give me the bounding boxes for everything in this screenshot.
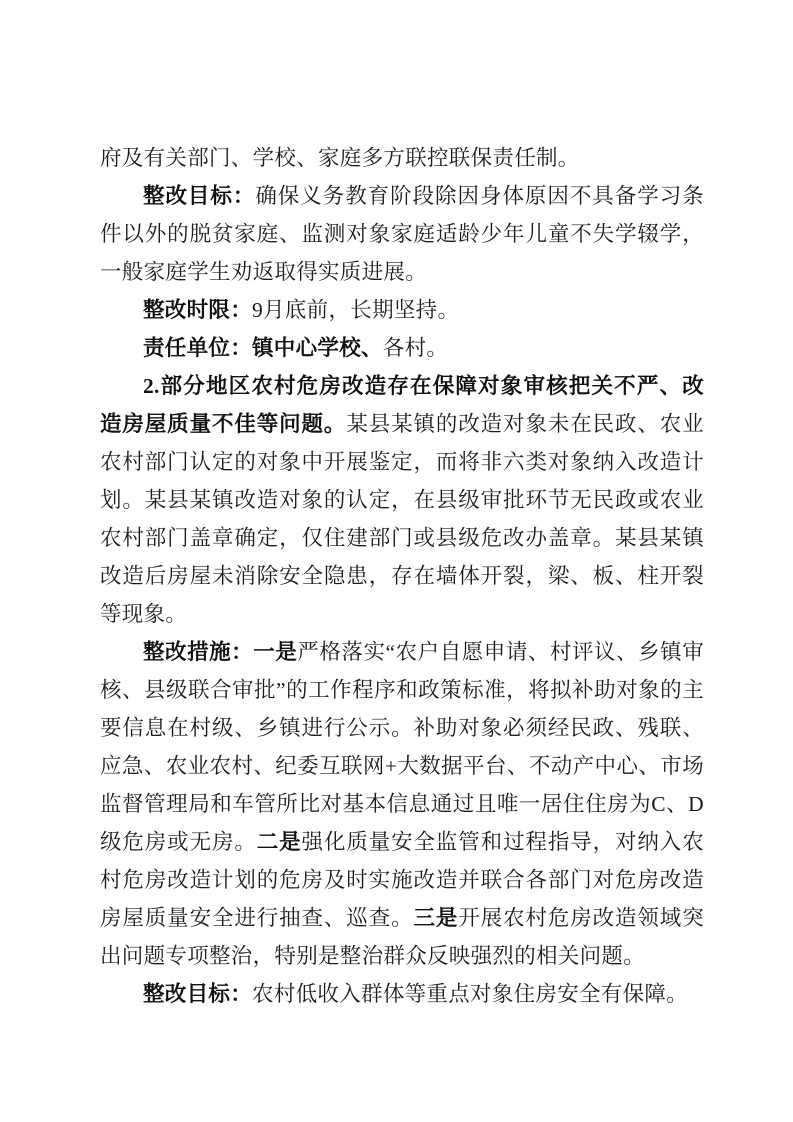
text-run: 严格落实“农户自愿申请、村评议、乡镇审核、县级联合审批”的工作程序和政策标准，将… [100, 640, 704, 854]
paragraph: 责任单位：镇中心学校、各村。 [100, 329, 704, 367]
bold-run: 整改时限： [143, 298, 252, 322]
text-run: 府及有关部门、学校、家庭多方联控联保责任制。 [100, 146, 580, 170]
bold-run: 二是 [257, 830, 302, 854]
paragraph: 整改目标：农村低收入群体等重点对象住房安全有保障。 [100, 975, 704, 1013]
paragraph: 2.部分地区农村危房改造存在保障对象审核把关不严、改造房屋质量不佳等问题。某县某… [100, 367, 704, 633]
text-run: 农村低收入群体等重点对象住房安全有保障。 [252, 982, 688, 1006]
text-run: 某县某镇的改造对象未在民政、农业农村部门认定的对象中开展鉴定，而将非六类对象纳入… [100, 412, 704, 626]
bold-run: 整改目标： [143, 982, 252, 1006]
paragraph: 整改措施：一是严格落实“农户自愿申请、村评议、乡镇审核、县级联合审批”的工作程序… [100, 633, 704, 975]
text-run: 各村。 [383, 336, 448, 360]
text-run: 9月底前，长期坚持。 [252, 298, 459, 322]
document-body: 府及有关部门、学校、家庭多方联控联保责任制。 整改目标：确保义务教育阶段除因身体… [100, 139, 704, 1013]
bold-run: 责任单位：镇中心学校、 [143, 336, 383, 360]
paragraph: 整改目标：确保义务教育阶段除因身体原因不具备学习条件以外的脱贫家庭、监测对象家庭… [100, 177, 704, 291]
bold-run: 三是 [413, 906, 458, 930]
paragraph: 整改时限：9月底前，长期坚持。 [100, 291, 704, 329]
bold-run: 整改目标： [143, 184, 255, 208]
paragraph: 府及有关部门、学校、家庭多方联控联保责任制。 [100, 139, 704, 177]
bold-run: 整改措施：一是 [143, 640, 297, 664]
document-page: 府及有关部门、学校、家庭多方联控联保责任制。 整改目标：确保义务教育阶段除因身体… [0, 0, 793, 1122]
